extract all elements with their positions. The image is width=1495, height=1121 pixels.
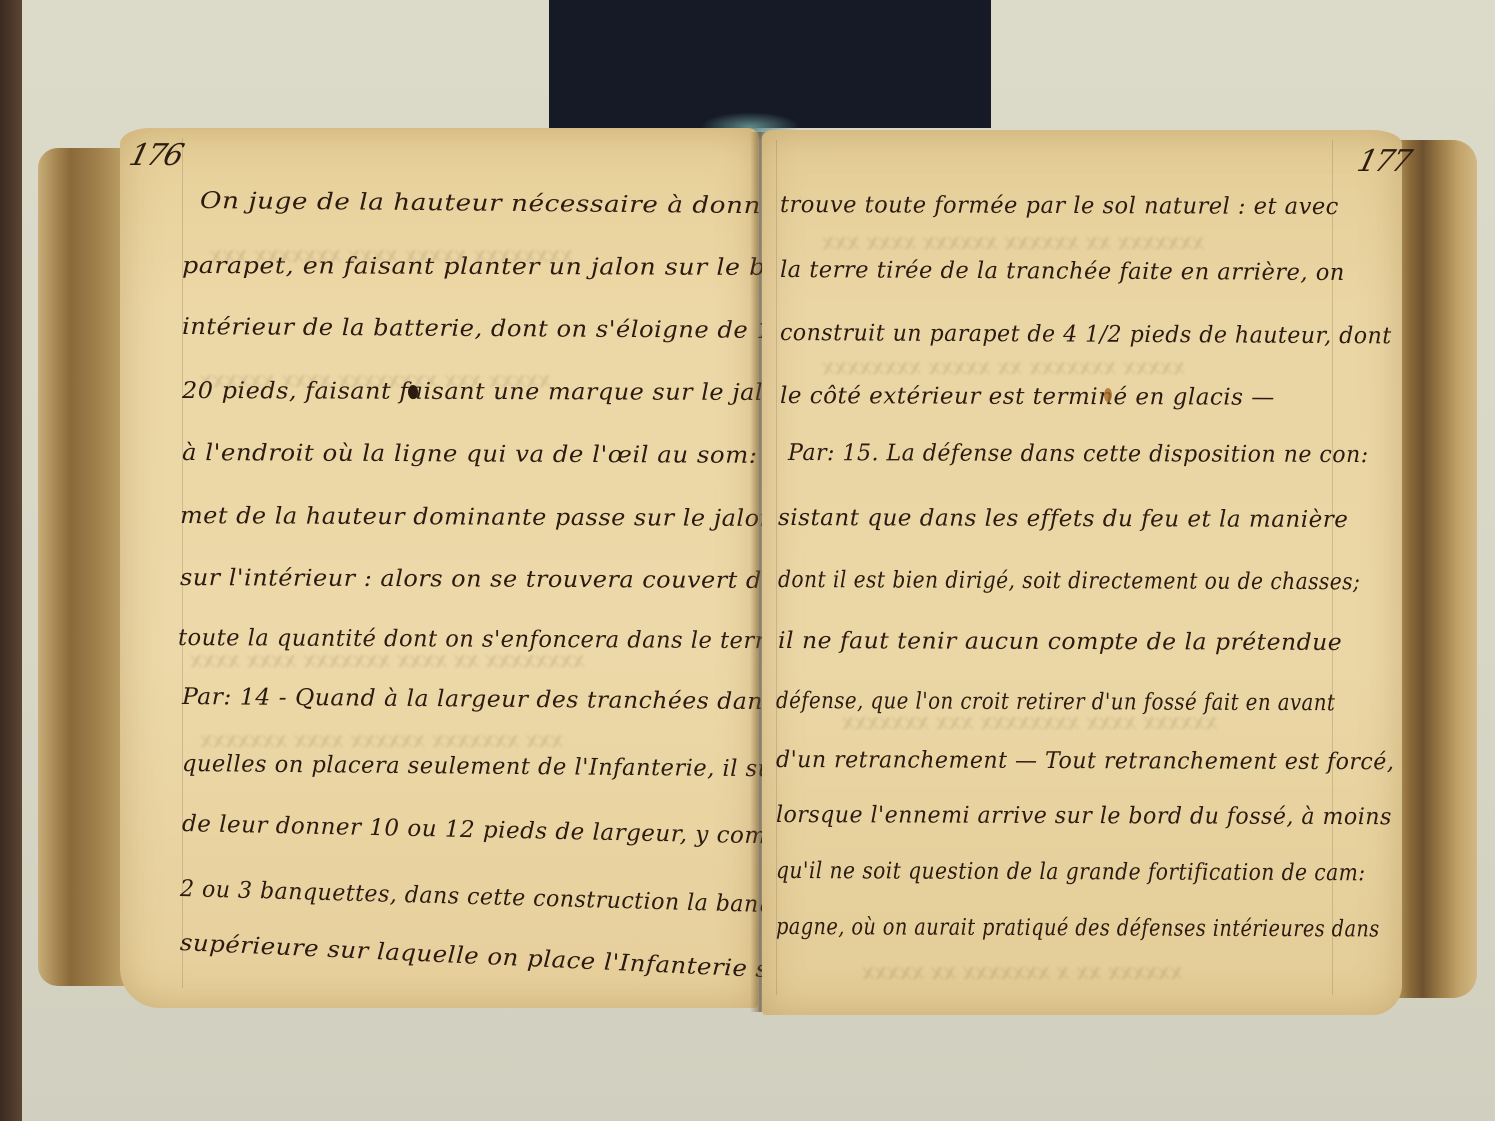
dark-backing-board xyxy=(549,0,991,128)
right-page-block-edges xyxy=(1395,140,1477,998)
text-line: met de la hauteur dominante passe sur le… xyxy=(180,503,776,532)
text-line: intérieur de la batterie, dont on s'éloi… xyxy=(182,314,828,344)
text-line: 20 pieds, faisant faisant une marque sur… xyxy=(182,378,794,406)
text-line: parapet, en faisant planter un jalon sur… xyxy=(182,253,811,281)
foxing-stain xyxy=(1104,388,1112,402)
text-line: pagne, où on aurait pratiqué des défense… xyxy=(776,914,1380,943)
text-line: de leur donner 10 ou 12 pieds de largeur… xyxy=(182,811,814,850)
text-line: défense, que l'on croit retirer d'un fos… xyxy=(776,688,1335,716)
text-line: qu'il ne soit question de la grande fort… xyxy=(776,858,1366,886)
text-line: sur l'intérieur : alors on se trouvera c… xyxy=(180,565,777,594)
text-line: On juge de la hauteur nécessaire à donne… xyxy=(200,188,833,220)
page-number: 176 xyxy=(126,138,186,173)
text-line: dont il est bien dirigé, soit directemen… xyxy=(778,567,1360,595)
text-line: trouve toute formée par le sol naturel :… xyxy=(780,192,1339,220)
text-line: toute la quantité dont on s'enfoncera da… xyxy=(178,625,803,654)
text-line: quelles on placera seulement de l'Infant… xyxy=(182,751,823,783)
left-page-block-edges xyxy=(38,148,130,986)
page-number: 177 xyxy=(1354,144,1414,179)
text-line: Par: 15. La défense dans cette dispositi… xyxy=(788,440,1369,468)
text-line: la terre tirée de la tranchée faite en a… xyxy=(780,257,1345,286)
text-line: à l'endroit où la ligne qui va de l'œil … xyxy=(182,440,758,469)
text-line: Par: 14 - Quand à la largeur des tranché… xyxy=(182,684,819,715)
text-line: lorsque l'ennemi arrive sur le bord du f… xyxy=(776,802,1392,830)
right-page: 177 xxxxxxx xx xxxxxx xxxxxx xxxx xxx xx… xyxy=(762,130,1402,1015)
text-line: supérieure sur laquelle on place l'Infan… xyxy=(179,930,784,984)
text-line: 2 ou 3 banquettes, dans cette constructi… xyxy=(180,876,834,920)
text-line: sistant que dans les effets du feu et la… xyxy=(778,505,1348,533)
text-line: construit un parapet de 4 1/2 pieds de h… xyxy=(780,320,1392,349)
wooden-table-edge xyxy=(0,0,22,1121)
text-line: il ne faut tenir aucun compte de la prét… xyxy=(778,628,1342,656)
text-line: d'un retranchement — Tout retranchement … xyxy=(776,747,1394,775)
ink-blot xyxy=(408,385,418,399)
left-page: 176 xxxxxxxx xxxxx xxxx xxxxxxx xxx xxxx… xyxy=(120,128,758,1008)
text-line: le côté extérieur est terminé en glacis … xyxy=(780,383,1275,411)
